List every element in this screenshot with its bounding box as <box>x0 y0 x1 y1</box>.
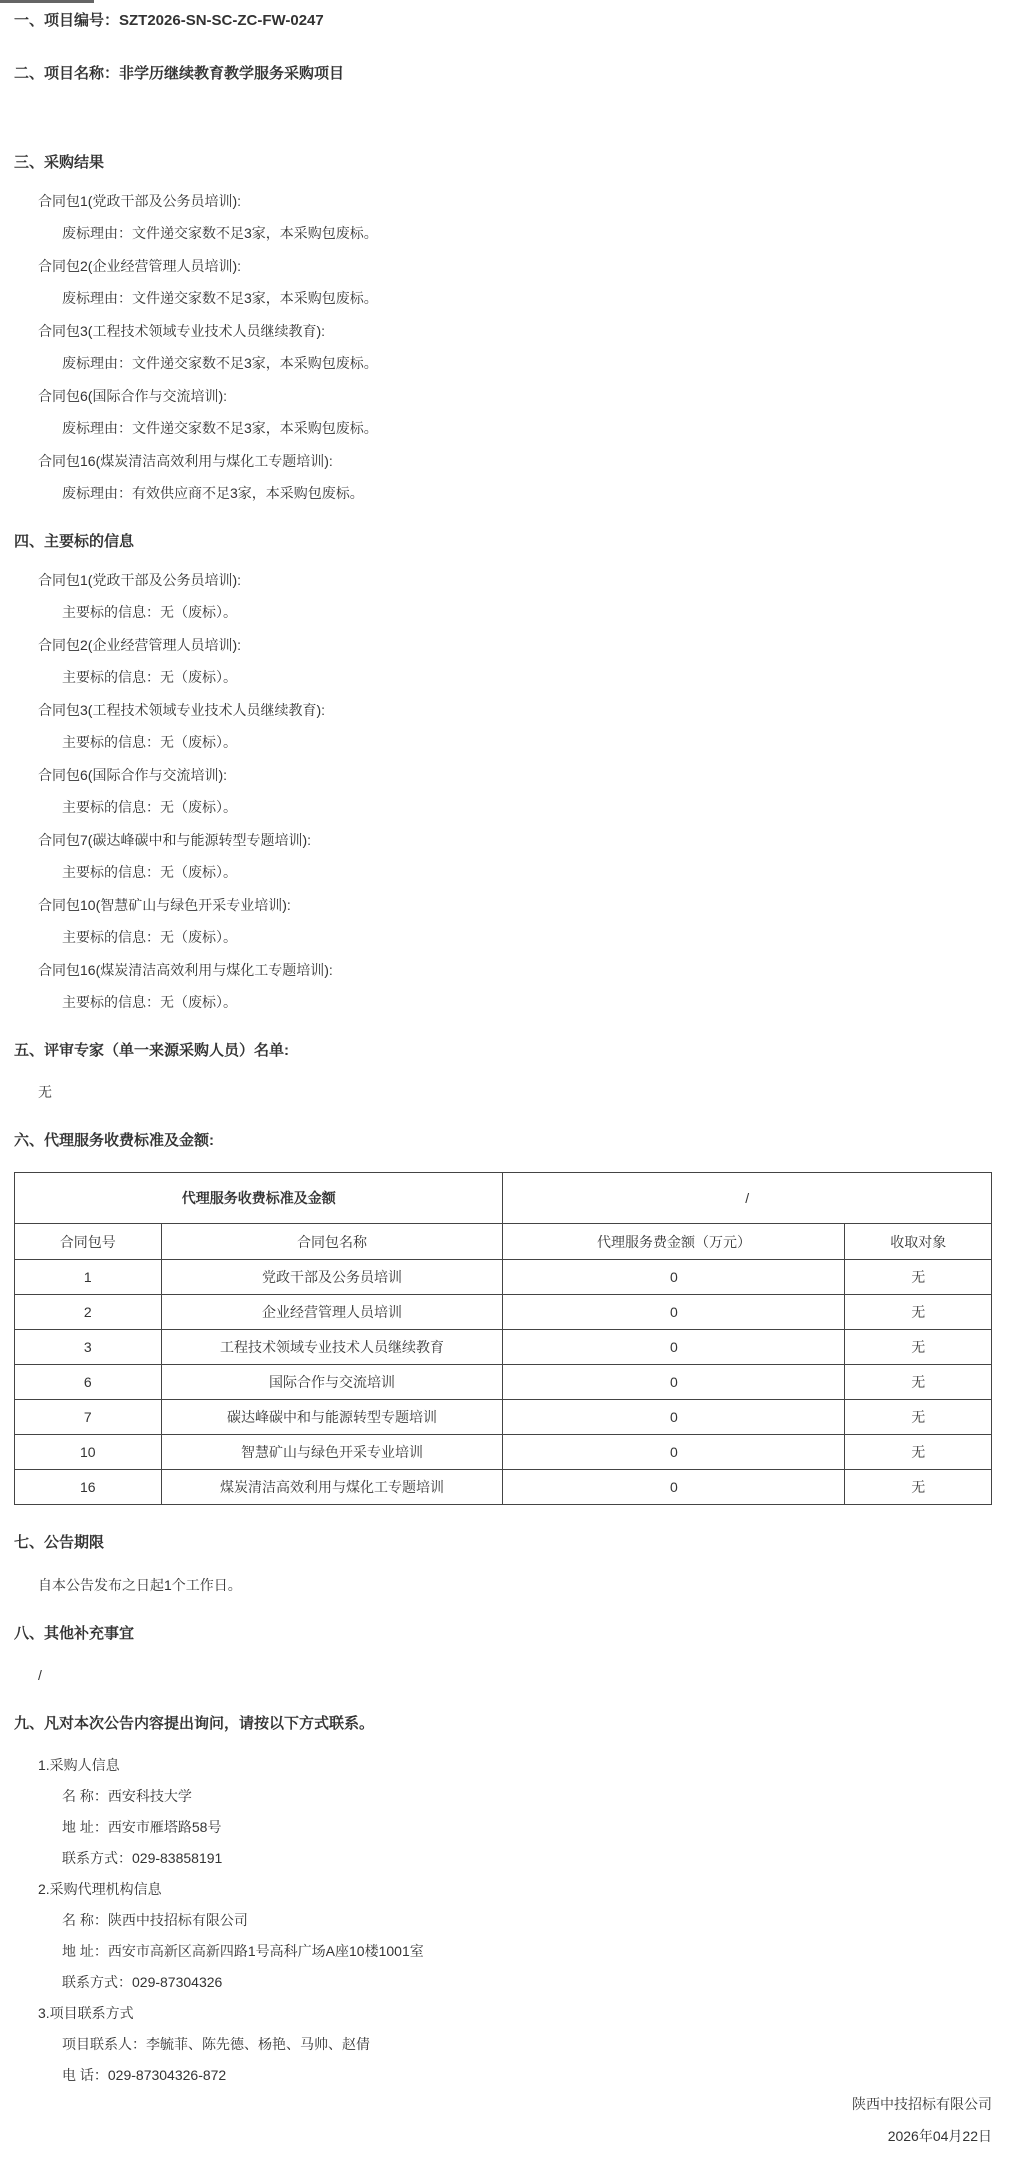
table-row: 16 煤炭清洁高效利用与煤化工专题培训 0 无 <box>15 1470 992 1505</box>
cell-fee-amount: 0 <box>503 1260 845 1295</box>
contact-group-title: 2.采购代理机构信息 <box>14 1879 992 1900</box>
cell-package-name: 工程技术领域专业技术人员继续教育 <box>161 1330 503 1365</box>
table-merged-header-row: 代理服务收费标准及金额 / <box>15 1173 992 1224</box>
package-line: 合同包2(企业经营管理人员培训): <box>14 256 992 277</box>
other-matters-body: / <box>14 1665 992 1686</box>
package-detail-line: 主要标的信息：无（废标）。 <box>14 602 992 623</box>
cell-fee-amount: 0 <box>503 1330 845 1365</box>
col-header-package-name: 合同包名称 <box>161 1224 503 1260</box>
agency-fee-heading: 六、代理服务收费标准及金额: <box>14 1130 992 1151</box>
package-detail-line: 废标理由：文件递交家数不足3家，本采购包废标。 <box>14 288 992 309</box>
document-footer: 陕西中技招标有限公司 2026年04月22日 <box>14 2094 992 2147</box>
contact-group-lines: 名 称：陕西中技招标有限公司 地 址：西安市高新区高新四路1号高科广场A座10楼… <box>14 1910 992 1993</box>
contact-group-project: 3.项目联系方式 项目联系人：李毓菲、陈先德、杨艳、马帅、赵倩 电 话：029-… <box>14 2003 992 2086</box>
cell-charge-target: 无 <box>845 1400 992 1435</box>
cell-charge-target: 无 <box>845 1365 992 1400</box>
main-bid-info-heading: 四、主要标的信息 <box>14 531 992 552</box>
cell-package-no: 7 <box>15 1400 162 1435</box>
cell-package-name: 党政干部及公务员培训 <box>161 1260 503 1295</box>
cell-package-no: 2 <box>15 1295 162 1330</box>
package-line: 合同包3(工程技术领域专业技术人员继续教育): <box>14 700 992 721</box>
table-row: 6 国际合作与交流培训 0 无 <box>15 1365 992 1400</box>
agency-fee-table-wrap: 代理服务收费标准及金额 / 合同包号 合同包名称 代理服务费金额（万元） 收取对… <box>14 1172 992 1505</box>
project-name-heading: 二、项目名称：非学历继续教育教学服务采购项目 <box>14 63 992 84</box>
cell-package-no: 1 <box>15 1260 162 1295</box>
project-number-heading: 一、项目编号：SZT2026-SN-SC-ZC-FW-0247 <box>14 10 992 31</box>
review-experts-value: 无 <box>14 1082 992 1103</box>
cell-charge-target: 无 <box>845 1295 992 1330</box>
cell-fee-amount: 0 <box>503 1295 845 1330</box>
package-detail-line: 废标理由：文件递交家数不足3家，本采购包废标。 <box>14 418 992 439</box>
procurement-result-list: 合同包1(党政干部及公务员培训): 废标理由：文件递交家数不足3家，本采购包废标… <box>14 191 992 504</box>
cell-package-name: 企业经营管理人员培训 <box>161 1295 503 1330</box>
announcement-document: 一、项目编号：SZT2026-SN-SC-ZC-FW-0247 二、项目名称：非… <box>0 10 1027 2147</box>
package-detail-line: 主要标的信息：无（废标）。 <box>14 732 992 753</box>
merged-header-left: 代理服务收费标准及金额 <box>15 1173 503 1224</box>
package-line: 合同包6(国际合作与交流培训): <box>14 386 992 407</box>
cell-package-name: 碳达峰碳中和与能源转型专题培训 <box>161 1400 503 1435</box>
contact-group-agency: 2.采购代理机构信息 名 称：陕西中技招标有限公司 地 址：西安市高新区高新四路… <box>14 1879 992 1993</box>
table-row: 7 碳达峰碳中和与能源转型专题培训 0 无 <box>15 1400 992 1435</box>
other-matters-heading: 八、其他补充事宜 <box>14 1623 992 1644</box>
package-line: 合同包16(煤炭清洁高效利用与煤化工专题培训): <box>14 960 992 981</box>
contact-group-lines: 项目联系人：李毓菲、陈先德、杨艳、马帅、赵倩 电 话：029-87304326-… <box>14 2034 992 2086</box>
table-column-header-row: 合同包号 合同包名称 代理服务费金额（万元） 收取对象 <box>15 1224 992 1260</box>
package-line: 合同包10(智慧矿山与绿色开采专业培训): <box>14 895 992 916</box>
package-detail-line: 废标理由：有效供应商不足3家，本采购包废标。 <box>14 483 992 504</box>
contact-line: 地 址：西安市雁塔路58号 <box>14 1817 992 1838</box>
package-line: 合同包6(国际合作与交流培训): <box>14 765 992 786</box>
cell-package-name: 智慧矿山与绿色开采专业培训 <box>161 1435 503 1470</box>
cell-package-no: 10 <box>15 1435 162 1470</box>
agency-fee-table: 代理服务收费标准及金额 / 合同包号 合同包名称 代理服务费金额（万元） 收取对… <box>14 1172 992 1505</box>
contact-line: 联系方式：029-87304326 <box>14 1972 992 1993</box>
cell-package-name: 国际合作与交流培训 <box>161 1365 503 1400</box>
package-detail-line: 主要标的信息：无（废标）。 <box>14 797 992 818</box>
package-detail-line: 废标理由：文件递交家数不足3家，本采购包废标。 <box>14 223 992 244</box>
cell-package-no: 6 <box>15 1365 162 1400</box>
table-row: 3 工程技术领域专业技术人员继续教育 0 无 <box>15 1330 992 1365</box>
footer-date: 2026年04月22日 <box>14 2126 992 2147</box>
package-detail-line: 废标理由：文件递交家数不足3家，本采购包废标。 <box>14 353 992 374</box>
col-header-fee-amount: 代理服务费金额（万元） <box>503 1224 845 1260</box>
contact-info: 1.采购人信息 名 称：西安科技大学 地 址：西安市雁塔路58号 联系方式：02… <box>14 1755 992 2086</box>
cell-charge-target: 无 <box>845 1435 992 1470</box>
table-row: 2 企业经营管理人员培训 0 无 <box>15 1295 992 1330</box>
table-body: 1 党政干部及公务员培训 0 无 2 企业经营管理人员培训 0 无 3 <box>15 1260 992 1505</box>
package-line: 合同包1(党政干部及公务员培训): <box>14 570 992 591</box>
cell-charge-target: 无 <box>845 1470 992 1505</box>
package-line: 合同包3(工程技术领域专业技术人员继续教育): <box>14 321 992 342</box>
cell-package-no: 16 <box>15 1470 162 1505</box>
col-header-package-no: 合同包号 <box>15 1224 162 1260</box>
package-line: 合同包2(企业经营管理人员培训): <box>14 635 992 656</box>
contact-line: 联系方式：029-83858191 <box>14 1848 992 1869</box>
procurement-result-heading: 三、采购结果 <box>14 152 992 173</box>
table-row: 10 智慧矿山与绿色开采专业培训 0 无 <box>15 1435 992 1470</box>
contact-line: 地 址：西安市高新区高新四路1号高科广场A座10楼1001室 <box>14 1941 992 1962</box>
cropped-header-fragment <box>0 0 94 3</box>
cell-charge-target: 无 <box>845 1330 992 1365</box>
package-line: 合同包16(煤炭清洁高效利用与煤化工专题培训): <box>14 451 992 472</box>
merged-header-right: / <box>503 1173 992 1224</box>
contact-line: 名 称：西安科技大学 <box>14 1786 992 1807</box>
footer-company: 陕西中技招标有限公司 <box>14 2094 992 2115</box>
package-detail-line: 主要标的信息：无（废标）。 <box>14 927 992 948</box>
main-bid-info-list: 合同包1(党政干部及公务员培训): 主要标的信息：无（废标）。 合同包2(企业经… <box>14 570 992 1013</box>
contact-group-lines: 名 称：西安科技大学 地 址：西安市雁塔路58号 联系方式：029-838581… <box>14 1786 992 1869</box>
cell-package-name: 煤炭清洁高效利用与煤化工专题培训 <box>161 1470 503 1505</box>
announcement-period-heading: 七、公告期限 <box>14 1532 992 1553</box>
contact-group-title: 1.采购人信息 <box>14 1755 992 1776</box>
contact-group-title: 3.项目联系方式 <box>14 2003 992 2024</box>
cell-package-no: 3 <box>15 1330 162 1365</box>
cell-fee-amount: 0 <box>503 1435 845 1470</box>
package-detail-line: 主要标的信息：无（废标）。 <box>14 862 992 883</box>
announcement-period-body: 自本公告发布之日起1个工作日。 <box>14 1575 992 1596</box>
review-experts-heading: 五、评审专家（单一来源采购人员）名单: <box>14 1040 992 1061</box>
contact-group-purchaser: 1.采购人信息 名 称：西安科技大学 地 址：西安市雁塔路58号 联系方式：02… <box>14 1755 992 1869</box>
package-detail-line: 主要标的信息：无（废标）。 <box>14 667 992 688</box>
col-header-charge-target: 收取对象 <box>845 1224 992 1260</box>
cell-fee-amount: 0 <box>503 1365 845 1400</box>
contact-line: 项目联系人：李毓菲、陈先德、杨艳、马帅、赵倩 <box>14 2034 992 2055</box>
cell-fee-amount: 0 <box>503 1400 845 1435</box>
table-row: 1 党政干部及公务员培训 0 无 <box>15 1260 992 1295</box>
contact-section-heading: 九、凡对本次公告内容提出询问，请按以下方式联系。 <box>14 1713 992 1734</box>
package-detail-line: 主要标的信息：无（废标）。 <box>14 992 992 1013</box>
contact-line: 电 话：029-87304326-872 <box>14 2065 992 2086</box>
cell-charge-target: 无 <box>845 1260 992 1295</box>
cell-fee-amount: 0 <box>503 1470 845 1505</box>
package-line: 合同包1(党政干部及公务员培训): <box>14 191 992 212</box>
contact-line: 名 称：陕西中技招标有限公司 <box>14 1910 992 1931</box>
package-line: 合同包7(碳达峰碳中和与能源转型专题培训): <box>14 830 992 851</box>
